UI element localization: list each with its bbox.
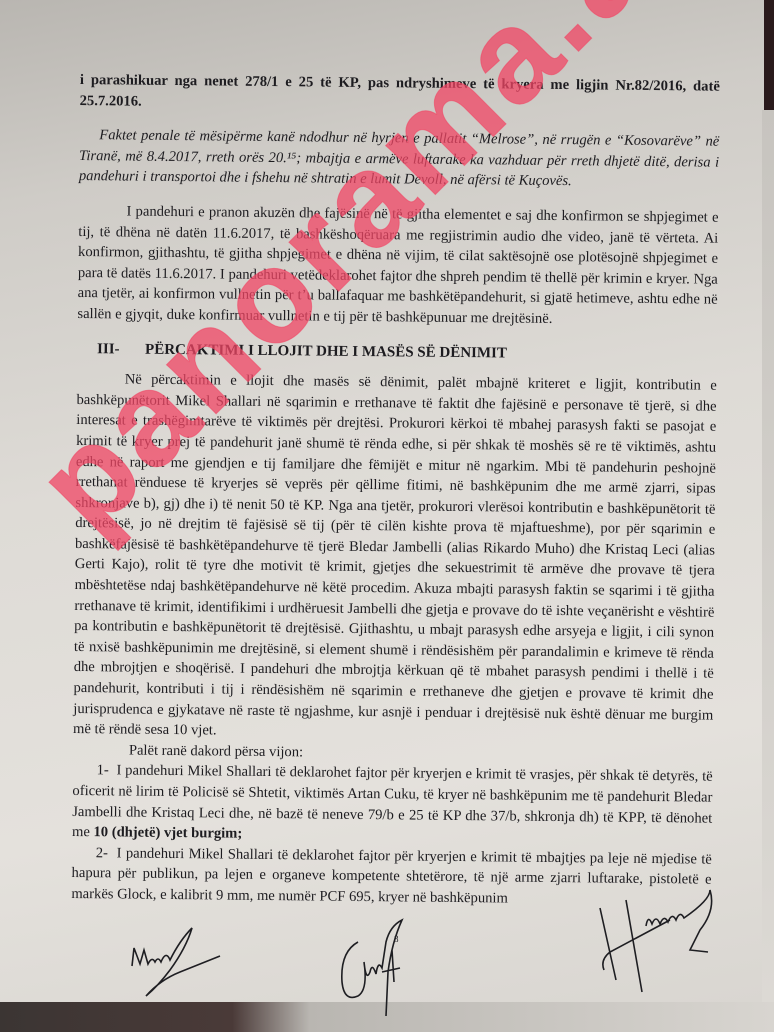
signature-left — [120, 920, 230, 1000]
sentencing-paragraph: Në përcaktimin e llojit dhe masës së dën… — [73, 369, 717, 746]
item-sentence: 10 (dhjetë) vjet burgim; — [93, 824, 242, 842]
item-number: 2- — [96, 845, 108, 861]
signature-center: 8 — [330, 912, 430, 1022]
facts-paragraph: Faktet penale të mësipërme kanë ndodhur … — [79, 125, 720, 193]
section-heading: III-PËRCAKTIMI I LLOJIT DHE I MASËS SË D… — [97, 339, 717, 366]
admission-paragraph: I pandehuri e pranon akuzën dhe fajësinë… — [77, 201, 718, 331]
section-number: III- — [97, 339, 145, 360]
section-title: PËRCAKTIMI I LLOJIT DHE I MASËS SË DËNIM… — [145, 341, 507, 361]
intro-paragraph: i parashikuar nga nenet 278/1 e 25 të KP… — [80, 70, 720, 118]
item-number: 1- — [97, 763, 109, 779]
agreement-item-1: 1- I pandehuri Mikel Shallari të deklaro… — [72, 760, 713, 849]
signature-right — [590, 880, 730, 1000]
svg-text:8: 8 — [394, 934, 399, 944]
document-body: i parashikuar nga nenet 278/1 e 25 të KP… — [71, 70, 720, 911]
page-edge — [762, 110, 774, 1002]
